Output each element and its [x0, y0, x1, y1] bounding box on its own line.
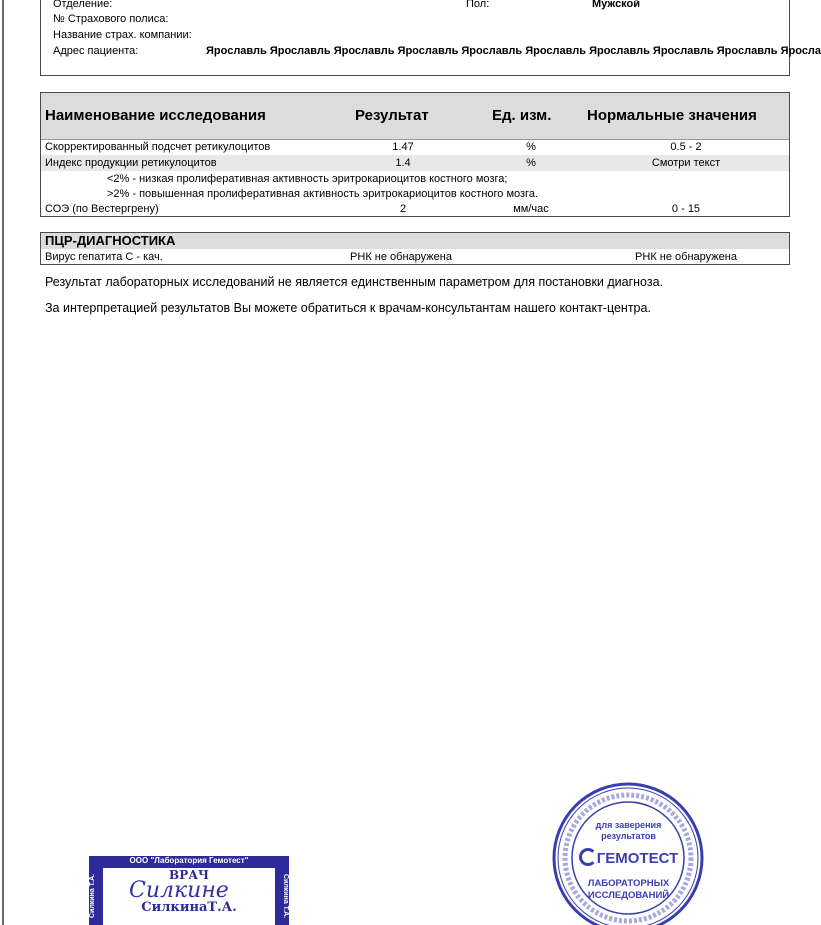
- test-result: РНК не обнаружена: [311, 249, 491, 265]
- table-row: Индекс продукции ретикулоцитов 1.4 % Смо…: [41, 155, 789, 171]
- seal-brand: ГЕМОТЕСТ: [551, 848, 706, 867]
- pcr-section: ПЦР-ДИАГНОСТИКА Вирус гепатита С - кач. …: [40, 232, 790, 265]
- test-unit: %: [481, 139, 581, 155]
- test-name: Индекс продукции ретикулоцитов: [45, 155, 217, 171]
- results-header: Наименование исследования Результат Ед. …: [41, 93, 789, 140]
- address-label: Адрес пациента:: [53, 45, 138, 58]
- header-norm: Нормальные значения: [587, 107, 757, 124]
- header-unit: Ед. изм.: [492, 107, 551, 124]
- seal-line2: результатов: [551, 831, 706, 841]
- sex-value: Мужской: [592, 0, 640, 11]
- seal-line1: для заверения: [551, 820, 706, 830]
- table-row: Скорректированный подсчет ретикулоцитов …: [41, 139, 789, 155]
- pcr-title: ПЦР-ДИАГНОСТИКА: [41, 233, 789, 249]
- doctor-stamp: ООО "Лаборатория Гемотест" Силкина Т.А. …: [89, 856, 289, 925]
- test-unit: мм/час: [481, 201, 581, 217]
- test-result: 2: [353, 201, 453, 217]
- test-result: 1.47: [353, 139, 453, 155]
- insurance-label: Название страх. компании:: [53, 29, 192, 42]
- seal-line3: ЛАБОРАТОРНЫХ: [551, 878, 706, 889]
- stamp-org-top: ООО "Лаборатория Гемотест": [89, 856, 289, 865]
- test-name: Вирус гепатита С - кач.: [45, 249, 163, 265]
- header-name: Наименование исследования: [45, 107, 266, 124]
- stamp-doctor-name: СилкинаТ.А.: [89, 900, 289, 915]
- lab-seal: для заверения результатов ГЕМОТЕСТ ЛАБОР…: [551, 780, 706, 925]
- brand-logo-icon: [579, 848, 597, 866]
- address-value: Ярославль Ярославль Ярославль Ярославль …: [206, 45, 821, 57]
- test-norm: 0 - 15: [611, 201, 761, 217]
- disclaimer-text: За интерпретацией результатов Вы можете …: [45, 301, 651, 315]
- header-result: Результат: [355, 107, 429, 124]
- brand-name: ГЕМОТЕСТ: [597, 850, 678, 867]
- test-unit: %: [481, 155, 581, 171]
- interpretation-note: <2% - низкая пролиферативная активность …: [107, 171, 507, 187]
- sex-label: Пол:: [466, 0, 489, 11]
- department-label: Отделение:: [53, 0, 112, 11]
- patient-info-box: Отделение: № Страхового полиса: Название…: [40, 0, 790, 76]
- page-left-border: [2, 0, 4, 925]
- test-norm: РНК не обнаружена: [601, 249, 771, 265]
- seal-line4: ИССЛЕДОВАНИЙ: [551, 890, 706, 901]
- policy-label: № Страхового полиса:: [53, 13, 168, 26]
- test-norm: 0.5 - 2: [611, 139, 761, 155]
- test-norm: Смотри текст: [611, 155, 761, 171]
- test-name: СОЭ (по Вестергрену): [45, 201, 159, 217]
- disclaimer-text: Результат лабораторных исследований не я…: [45, 275, 663, 289]
- test-name: Скорректированный подсчет ретикулоцитов: [45, 139, 270, 155]
- interpretation-note: >2% - повышенная пролиферативная активно…: [107, 186, 538, 202]
- table-row: Вирус гепатита С - кач. РНК не обнаружен…: [41, 249, 789, 264]
- table-row: СОЭ (по Вестергрену) 2 мм/час 0 - 15: [41, 201, 789, 217]
- test-result: 1.4: [353, 155, 453, 171]
- results-table: Наименование исследования Результат Ед. …: [40, 92, 790, 217]
